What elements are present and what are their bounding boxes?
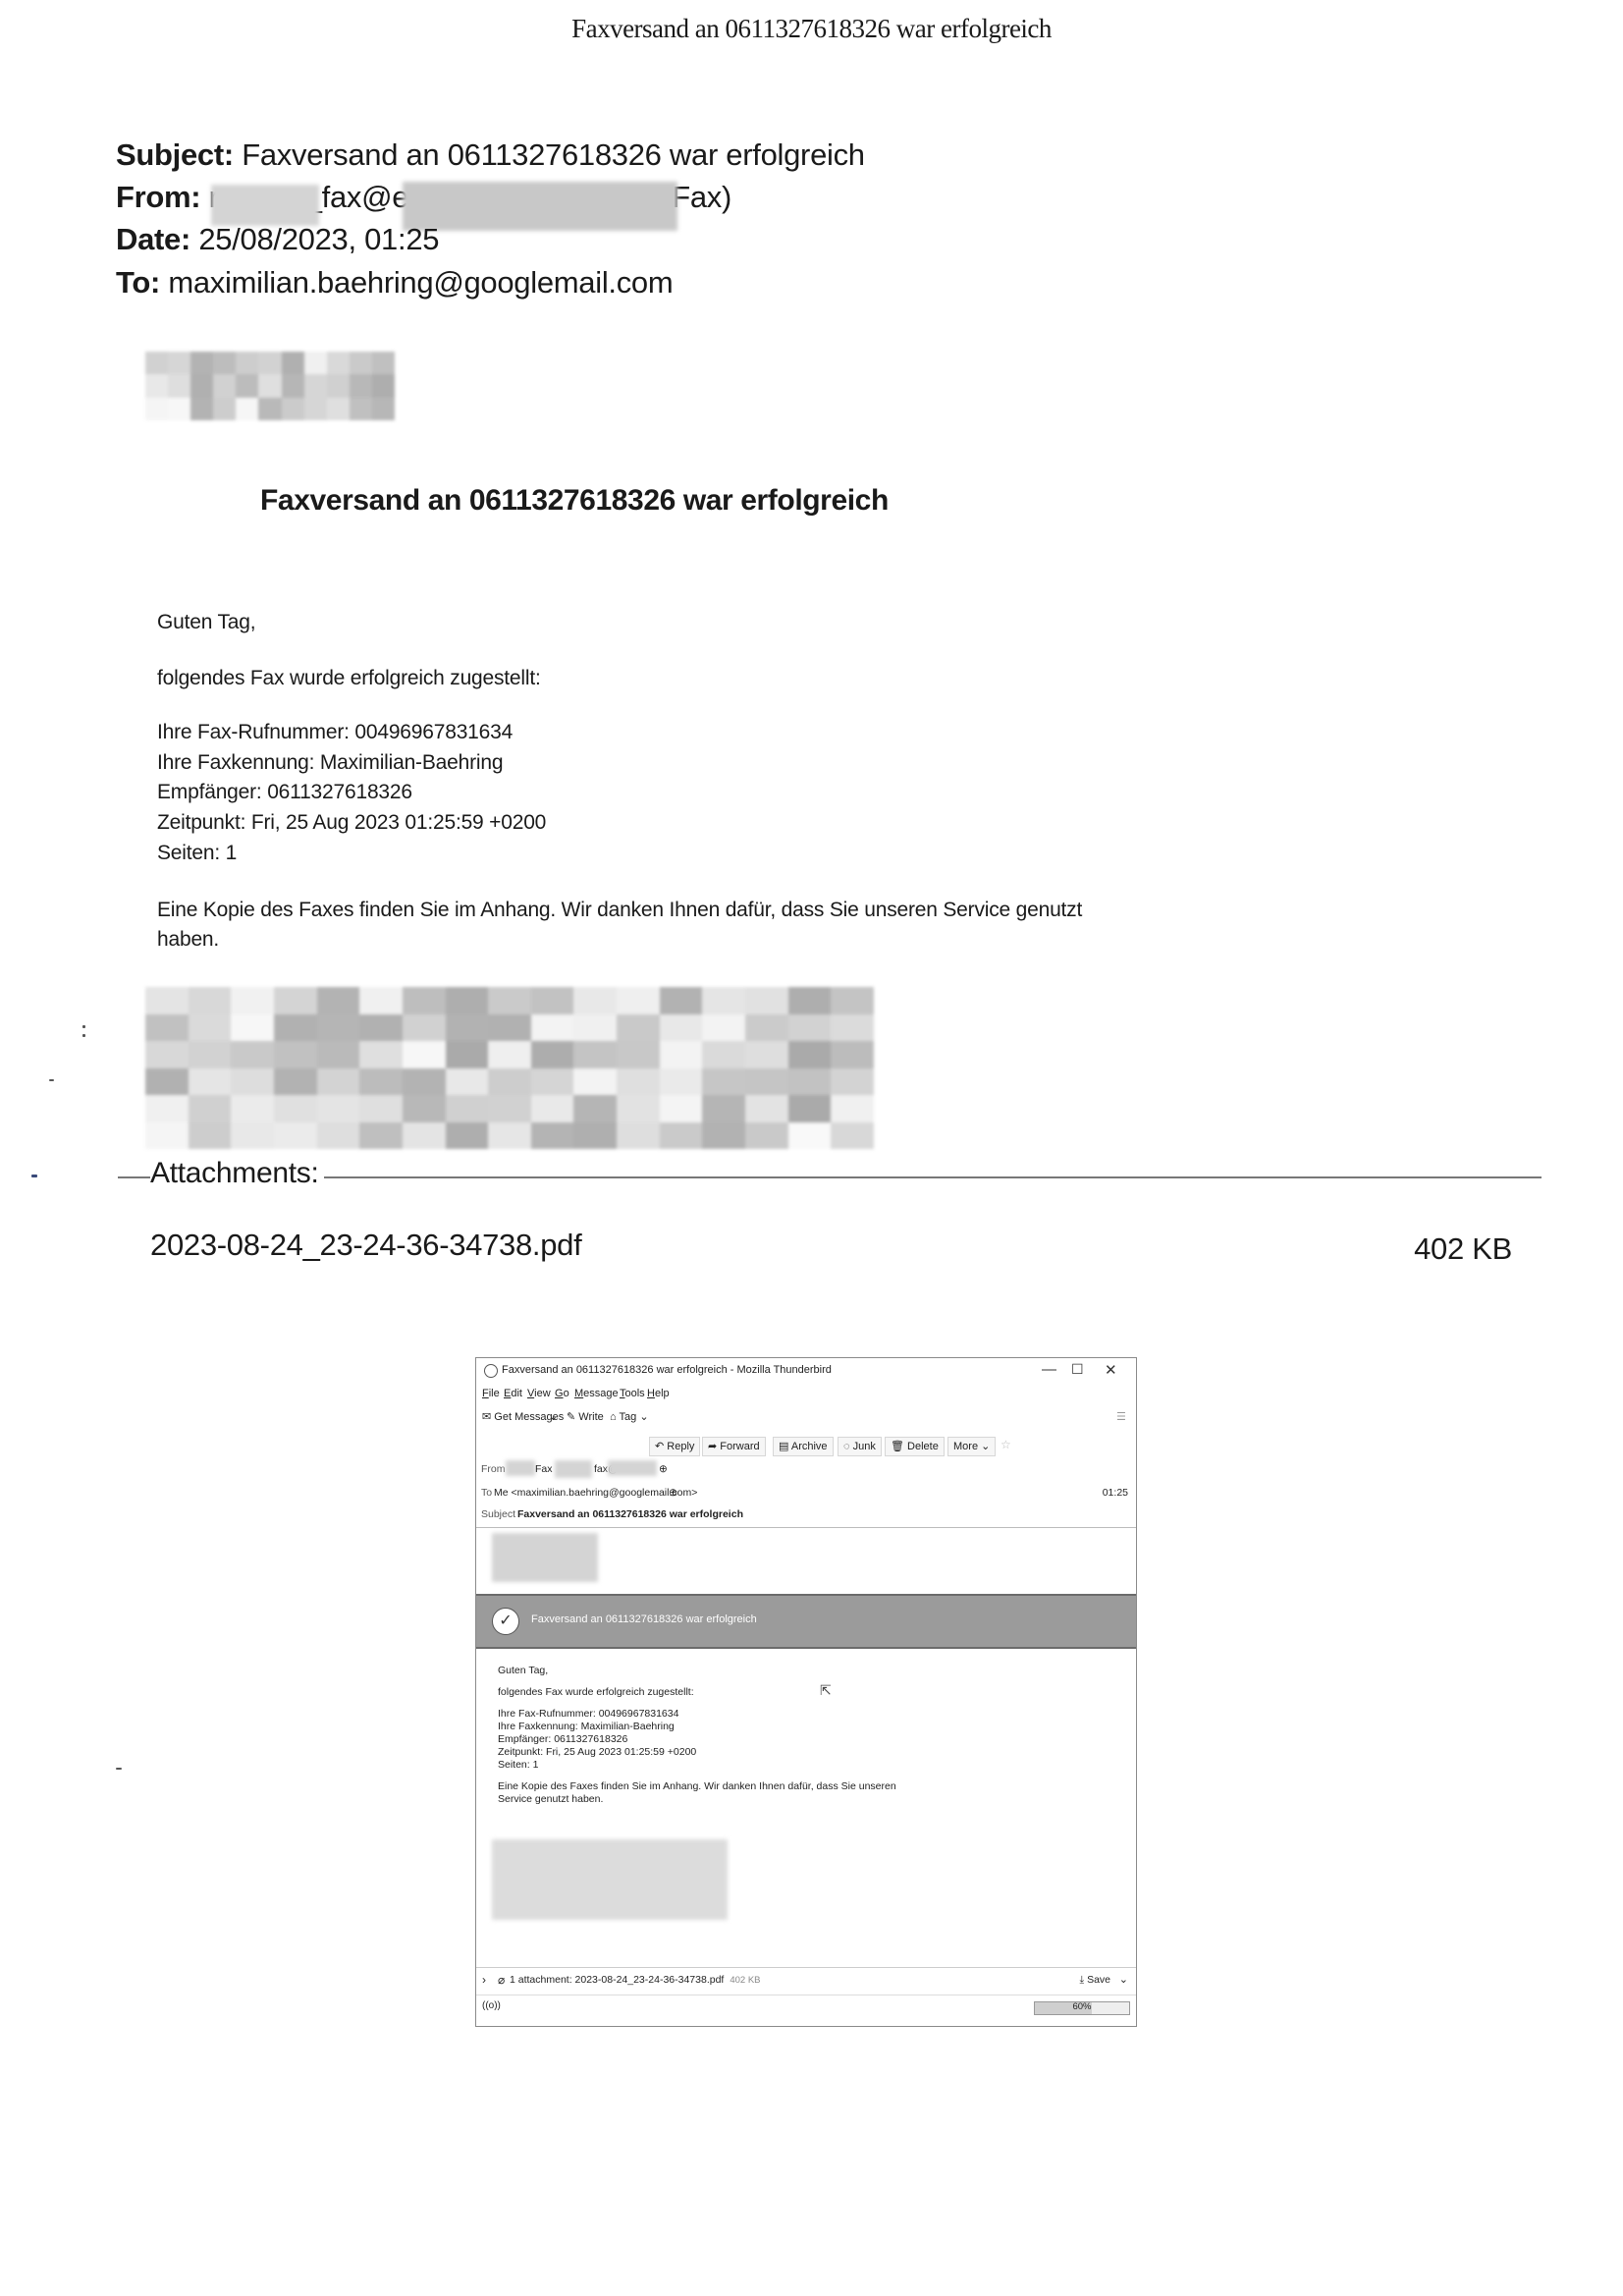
tb-window-title: Faxversand an 0611327618326 war erfolgre… [502, 1364, 832, 1376]
subject-label: Subject: [116, 137, 234, 172]
attachments-label: Attachments: [150, 1157, 324, 1190]
tb-to-row: To Me <maximilian.baehring@googlemail.co… [476, 1484, 1136, 1503]
junk-label: Junk [853, 1441, 876, 1452]
more-button[interactable]: More ⌄ [947, 1437, 996, 1456]
tb-success-banner: ✓ Faxversand an 0611327618326 war erfolg… [476, 1594, 1136, 1649]
star-icon[interactable]: ☆ [1001, 1438, 1011, 1451]
tb-from-part-1: Fax [535, 1463, 553, 1475]
menu-edit[interactable]: Edit [504, 1388, 522, 1399]
body-heading: Faxversand an 0611327618326 war erfolgre… [260, 484, 889, 518]
detail-timestamp: Zeitpunkt: Fri, 25 Aug 2023 01:25:59 +02… [157, 811, 546, 835]
tag-button[interactable]: ⌂ Tag ⌄ [610, 1410, 649, 1423]
scan-artifact [49, 1079, 54, 1081]
minimize-icon[interactable]: — [1042, 1361, 1056, 1378]
tb-from-row: From Fax fax@ ⊕ [476, 1460, 1136, 1480]
progress-label: 60% [1035, 2001, 1129, 2012]
save-label: Save [1087, 1974, 1110, 1986]
attachments-divider [118, 1176, 1542, 1178]
header-subject: Subject: Faxversand an 0611327618326 war… [116, 137, 865, 173]
date-label: Date: [116, 222, 190, 256]
reply-label: Reply [667, 1441, 694, 1452]
maximize-icon[interactable]: ☐ [1071, 1361, 1084, 1378]
tb-body-closing-2: Service genutzt haben. [498, 1793, 603, 1805]
delete-label: Delete [907, 1441, 939, 1452]
write-button[interactable]: ✎ Write [567, 1410, 604, 1423]
tb-detail-recipient: Empfänger: 0611327618326 [498, 1733, 627, 1745]
download-icon: ⤓ [1079, 1974, 1084, 1986]
redacted-signature [145, 987, 874, 1149]
archive-label: Archive [791, 1441, 828, 1452]
redacted-logo [145, 352, 395, 420]
junk-icon: ◌ [843, 1441, 850, 1452]
redacted-sender-name [506, 1460, 535, 1476]
tb-detail-fax-id: Ihre Faxkennung: Maximilian-Baehring [498, 1721, 675, 1732]
junk-button[interactable]: ◌ Junk [838, 1437, 882, 1456]
menu-file[interactable]: File [482, 1388, 500, 1399]
to-value: maximilian.baehring@googlemail.com [168, 265, 673, 300]
redacted-sender-domain [608, 1460, 657, 1476]
menu-view[interactable]: View [527, 1388, 551, 1399]
scan-artifact [82, 1025, 85, 1028]
header-to: To: maximilian.baehring@googlemail.com [116, 265, 673, 301]
tb-body-closing-1: Eine Kopie des Faxes finden Sie im Anhan… [498, 1780, 896, 1792]
menu-go[interactable]: Go [555, 1388, 569, 1399]
forward-button[interactable]: ➦ Forward [702, 1437, 766, 1456]
forward-icon: ➦ [708, 1441, 717, 1452]
tb-message-time: 01:25 [1103, 1487, 1128, 1499]
mouse-cursor-icon: ⇱ [820, 1682, 832, 1699]
network-activity-icon: ((o)) [482, 2000, 501, 2011]
tb-attachment-text: 1 attachment: 2023-08-24_23-24-36-34738.… [510, 1974, 724, 1986]
from-label: From: [116, 180, 200, 214]
body-intro: folgendes Fax wurde erfolgreich zugestel… [157, 667, 541, 690]
to-label: To: [116, 265, 160, 300]
redacted-sender-name [211, 185, 319, 226]
from-part-3: Fax) [672, 180, 731, 214]
tb-body-intro: folgendes Fax wurde erfolgreich zugestel… [498, 1686, 694, 1698]
detail-fax-id: Ihre Faxkennung: Maximilian-Baehring [157, 751, 503, 775]
redacted-sender-name [555, 1460, 592, 1478]
menu-message[interactable]: Message [574, 1388, 619, 1399]
app-menu-icon[interactable]: ☰ [1116, 1410, 1126, 1423]
redacted-logo [492, 1533, 598, 1582]
archive-button[interactable]: ▤ Archive [773, 1437, 834, 1456]
tb-detail-pages: Seiten: 1 [498, 1759, 538, 1771]
contact-icon[interactable]: ⊕ [669, 1487, 677, 1499]
delete-button[interactable]: 🗑 Delete [885, 1437, 945, 1456]
redacted-sender-domain [403, 182, 677, 231]
detail-fax-number: Ihre Fax-Rufnummer: 00496967831634 [157, 721, 513, 744]
detail-recipient: Empfänger: 0611327618326 [157, 781, 412, 804]
reply-button[interactable]: ↶ Reply [649, 1437, 700, 1456]
tb-body-greeting: Guten Tag, [498, 1665, 548, 1676]
tb-to-label: To [481, 1487, 492, 1499]
more-label: More [953, 1441, 978, 1452]
tb-toolbar: ✉ Get Messages ⌄ ✎ Write ⌂ Tag ⌄ ☰ [476, 1405, 1136, 1431]
archive-icon: ▤ [779, 1441, 788, 1452]
tb-menubar: File Edit View Go Message Tools Help [476, 1384, 1136, 1405]
tb-status-bar: ((o)) 60% [476, 1995, 1136, 2019]
tb-subject-value: Faxversand an 0611327618326 war erfolgre… [517, 1508, 743, 1520]
thunderbird-screenshot: Faxversand an 0611327618326 war erfolgre… [475, 1357, 1137, 2027]
redacted-signature [492, 1839, 728, 1920]
tb-titlebar: Faxversand an 0611327618326 war erfolgre… [476, 1358, 1136, 1384]
contact-icon[interactable]: ⊕ [659, 1463, 668, 1475]
tb-banner-text: Faxversand an 0611327618326 war erfolgre… [531, 1613, 757, 1625]
tag-icon: ⌂ [610, 1411, 617, 1423]
body-closing-2: haben. [157, 928, 219, 952]
save-button[interactable]: ⤓ Save [1079, 1974, 1110, 1987]
checkmark-icon: ✓ [492, 1608, 519, 1635]
envelope-icon: ✉ [482, 1411, 491, 1423]
get-messages-dropdown-icon[interactable]: ⌄ [549, 1410, 558, 1423]
save-dropdown-icon[interactable]: ⌄ [1119, 1973, 1128, 1986]
scan-artifact [82, 1034, 85, 1037]
menu-help[interactable]: Help [647, 1388, 670, 1399]
forward-label: Forward [720, 1441, 759, 1452]
attachment-size: 402 KB [1410, 1231, 1512, 1267]
tb-subject-row: Subject Faxversand an 0611327618326 war … [476, 1505, 1136, 1525]
subject-value: Faxversand an 0611327618326 war erfolgre… [242, 137, 865, 172]
scan-artifact [116, 1768, 122, 1770]
tb-attachment-summary[interactable]: 1 attachment: 2023-08-24_23-24-36-34738.… [510, 1974, 761, 1986]
tb-from-label: From [481, 1463, 506, 1475]
attachment-filename[interactable]: 2023-08-24_23-24-36-34738.pdf [150, 1228, 581, 1263]
body-greeting: Guten Tag, [157, 611, 255, 634]
tb-detail-timestamp: Zeitpunkt: Fri, 25 Aug 2023 01:25:59 +02… [498, 1746, 696, 1758]
tag-label: Tag [620, 1411, 637, 1423]
menu-tools[interactable]: Tools [620, 1388, 645, 1399]
progress-bar: 60% [1034, 2001, 1130, 2015]
close-icon[interactable]: ✕ [1105, 1361, 1117, 1379]
date-value: 25/08/2023, 01:25 [198, 222, 439, 256]
expand-chevron-icon[interactable]: › [482, 1973, 486, 1987]
trash-icon: 🗑 [891, 1441, 904, 1452]
tb-to-value[interactable]: Me <maximilian.baehring@googlemail.com> [494, 1487, 697, 1499]
reply-icon: ↶ [655, 1441, 664, 1452]
pencil-icon: ✎ [567, 1411, 575, 1423]
tb-subject-label: Subject [481, 1508, 515, 1520]
paperclip-icon: ⌀ [498, 1973, 505, 1987]
tb-attachment-size: 402 KB [730, 1975, 760, 1986]
write-label: Write [578, 1411, 603, 1423]
tb-message-actions: ↶ Reply ➦ Forward ▤ Archive ◌ Junk 🗑 Del… [476, 1435, 1136, 1458]
header-date: Date: 25/08/2023, 01:25 [116, 222, 439, 257]
tb-detail-fax-number: Ihre Fax-Rufnummer: 00496967831634 [498, 1708, 678, 1720]
thunderbird-app-icon [484, 1364, 498, 1378]
scan-artifact [31, 1175, 37, 1177]
from-part-2: _fax@e [305, 180, 409, 214]
detail-pages: Seiten: 1 [157, 842, 237, 865]
tb-attachment-bar: › ⌀ 1 attachment: 2023-08-24_23-24-36-34… [476, 1967, 1136, 1994]
body-closing-1: Eine Kopie des Faxes finden Sie im Anhan… [157, 899, 1082, 922]
print-page-title: Faxversand an 0611327618326 war erfolgre… [0, 14, 1623, 44]
tb-header-divider [476, 1527, 1136, 1528]
